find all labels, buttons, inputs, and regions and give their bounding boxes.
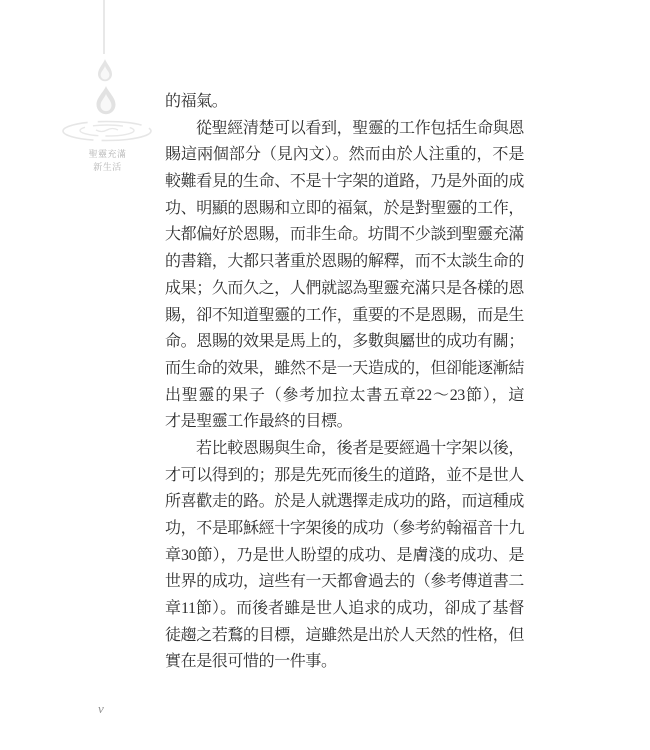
logo-series-title-line1: 聖靈充滿 bbox=[60, 148, 155, 161]
text-line: 而生命的效果，雖然不是一天造成的，但卻能逐漸結 bbox=[165, 356, 524, 383]
text-line: 才可以得到的；那是先死而後生的道路，並不是世人 bbox=[165, 463, 524, 490]
text-line: 章11節）。而後者雖是世人追求的成功，卻成了基督 bbox=[165, 596, 524, 623]
text-line: 從聖經清楚可以看到，聖靈的工作包括生命與恩 bbox=[165, 116, 524, 143]
water-drop-icon bbox=[60, 0, 155, 145]
text-line: 才是聖靈工作最終的目標。 bbox=[165, 409, 524, 436]
body-text: 的福氣。從聖經清楚可以看到，聖靈的工作包括生命與恩賜這兩個部分（見內文）。然而由… bbox=[165, 89, 524, 676]
book-page: 聖靈充滿 新生活 的福氣。從聖經清楚可以看到，聖靈的工作包括生命與恩賜這兩個部分… bbox=[0, 0, 650, 750]
text-line: 功，不是耶穌經十字架後的成功（參考約翰福音十九 bbox=[165, 516, 524, 543]
publisher-logo: 聖靈充滿 新生活 bbox=[60, 0, 155, 174]
page-number: v bbox=[98, 701, 104, 717]
text-line: 出聖靈的果子（參考加拉太書五章22～23節），這 bbox=[165, 383, 524, 410]
text-line: 的福氣。 bbox=[165, 89, 524, 116]
text-line: 實在是很可惜的一件事。 bbox=[165, 649, 524, 676]
logo-series-title-line2: 新生活 bbox=[60, 161, 155, 174]
text-line: 成果；久而久之，人們就認為聖靈充滿只是各樣的恩 bbox=[165, 276, 524, 303]
text-line: 大都偏好於恩賜，而非生命。坊間不少談到聖靈充滿 bbox=[165, 222, 524, 249]
text-line: 世界的成功，這些有一天都會過去的（參考傳道書二 bbox=[165, 569, 524, 596]
text-line: 賜這兩個部分（見內文）。然而由於人注重的，不是 bbox=[165, 142, 524, 169]
logo-series-title: 聖靈充滿 新生活 bbox=[60, 148, 155, 174]
text-line: 徒趨之若鶩的目標，這雖然是出於人天然的性格，但 bbox=[165, 623, 524, 650]
text-line: 所喜歡走的路。於是人就選擇走成功的路，而這種成 bbox=[165, 489, 524, 516]
text-line: 功、明顯的恩賜和立即的福氣，於是對聖靈的工作， bbox=[165, 196, 524, 223]
text-line: 賜，卻不知道聖靈的工作，重要的不是恩賜，而是生 bbox=[165, 303, 524, 330]
text-line: 命。恩賜的效果是馬上的，多數與屬世的成功有關； bbox=[165, 329, 524, 356]
text-line: 章30節），乃是世人盼望的成功、是膚淺的成功、是 bbox=[165, 543, 524, 570]
text-line: 的書籍，大都只著重於恩賜的解釋，而不太談生命的 bbox=[165, 249, 524, 276]
text-line: 較難看見的生命、不是十字架的道路，乃是外面的成 bbox=[165, 169, 524, 196]
text-line: 若比較恩賜與生命，後者是要經過十字架以後， bbox=[165, 436, 524, 463]
